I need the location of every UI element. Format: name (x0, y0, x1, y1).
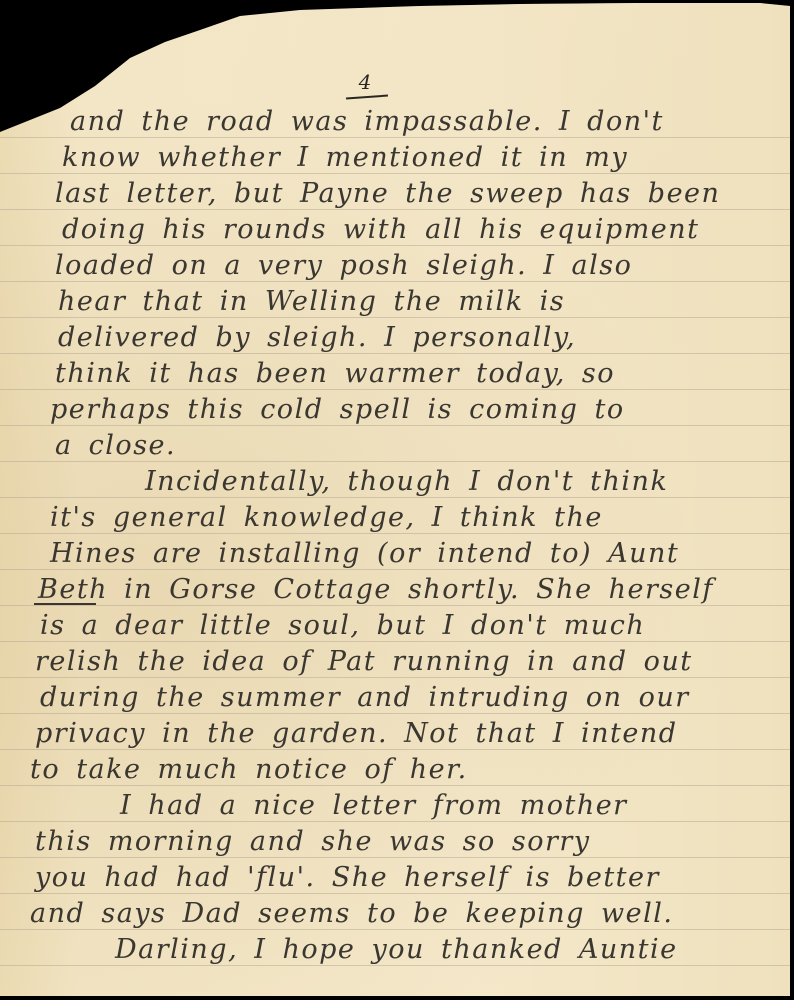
letter-line: last letter, but Payne the sweep has bee… (55, 179, 720, 209)
letter-line: it's general knowledge, I think the (50, 503, 603, 533)
letter-line: doing his rounds with all his equipment (62, 215, 699, 245)
ruled-line (0, 749, 790, 750)
letter-line: Incidentally, though I don't think (145, 467, 668, 497)
letter-line: hear that in Welling the milk is (58, 287, 565, 317)
letter-line: during the summer and intruding on our (40, 683, 690, 713)
ruled-line (0, 425, 790, 426)
page-number-underline (346, 95, 388, 100)
letter-line: know whether I mentioned it in my (62, 143, 628, 173)
letter-line: loaded on a very posh sleigh. I also (55, 251, 632, 281)
ruled-line (0, 641, 790, 642)
ruled-line (0, 389, 790, 390)
letter-line: Darling, I hope you thanked Auntie (115, 935, 678, 965)
punch-hole (58, 84, 70, 94)
ruled-line (0, 713, 790, 714)
ruled-line (0, 209, 790, 210)
ruled-line (0, 857, 790, 858)
letter-page: 4 and the road was impassable. I don't k… (0, 0, 790, 996)
letter-line: think it has been warmer today, so (55, 359, 615, 389)
letter-line: perhaps this cold spell is coming to (50, 395, 625, 425)
letter-line: privacy in the garden. Not that I intend (35, 719, 678, 749)
ruled-line (0, 785, 790, 786)
letter-line: delivered by sleigh. I personally, (58, 323, 576, 353)
ruled-line (0, 821, 790, 822)
ruled-line (0, 497, 790, 498)
letter-line: Beth in Gorse Cottage shortly. She herse… (38, 575, 714, 605)
ruled-line (0, 317, 790, 318)
letter-line: and the road was impassable. I don't (70, 107, 664, 137)
letter-line: relish the idea of Pat running in and ou… (35, 647, 693, 677)
ruled-line (0, 569, 790, 570)
ruled-line (0, 677, 790, 678)
letter-line: this morning and she was so sorry (35, 827, 591, 857)
ruled-line (0, 929, 790, 930)
letter-line: a close. (55, 431, 176, 461)
ruled-line (0, 281, 790, 282)
beth-underline (34, 603, 96, 605)
ruled-line (0, 245, 790, 246)
letter-line: is a dear little soul, but I don't much (40, 611, 645, 641)
page-number: 4 (340, 70, 390, 94)
letter-line: you had had 'flu'. She herself is better (35, 863, 660, 893)
ruled-line (0, 137, 790, 138)
letter-line: to take much notice of her. (30, 755, 468, 785)
ruled-line (0, 893, 790, 894)
letter-line: Hines are installing (or intend to) Aunt (50, 539, 679, 569)
ruled-line (0, 353, 790, 354)
ruled-line (0, 965, 790, 966)
ruled-line (0, 461, 790, 462)
letter-line: I had a nice letter from mother (120, 791, 628, 821)
ruled-line (0, 605, 790, 606)
letter-line: and says Dad seems to be keeping well. (30, 899, 673, 929)
ruled-line (0, 533, 790, 534)
ruled-line (0, 173, 790, 174)
